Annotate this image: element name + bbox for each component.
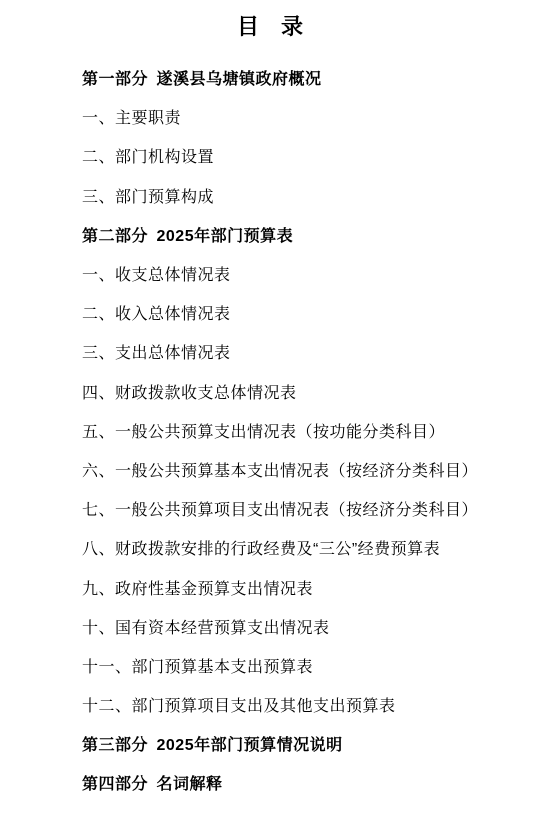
toc-entry: 九、政府性基金预算支出情况表 [82, 567, 512, 606]
toc-entry: 七、一般公共预算项目支出情况表（按经济分类科目） [82, 489, 512, 528]
toc-entry: 二、收入总体情况表 [82, 293, 512, 332]
toc-entry: 一、主要职责 [82, 97, 512, 136]
toc-entry: 五、一般公共预算支出情况表（按功能分类科目） [82, 411, 512, 450]
toc-entry: 四、财政拨款收支总体情况表 [82, 372, 512, 411]
toc-entry: 十、国有资本经营预算支出情况表 [82, 607, 512, 646]
toc-entry: 一、收支总体情况表 [82, 254, 512, 293]
page-title: 目 录 [0, 0, 540, 40]
toc-section-header: 第二部分 2025年部门预算表 [82, 215, 512, 254]
document-page: 目 录 第一部分 遂溪县乌塘镇政府概况一、主要职责二、部门机构设置三、部门预算构… [0, 0, 540, 816]
toc-entry: 十一、部门预算基本支出预算表 [82, 646, 512, 685]
toc-entry: 三、部门预算构成 [82, 176, 512, 215]
toc-entry: 二、部门机构设置 [82, 136, 512, 175]
toc-entry: 十二、部门预算项目支出及其他支出预算表 [82, 685, 512, 724]
toc-list: 第一部分 遂溪县乌塘镇政府概况一、主要职责二、部门机构设置三、部门预算构成第二部… [0, 58, 540, 803]
toc-entry: 三、支出总体情况表 [82, 332, 512, 371]
toc-entry: 六、一般公共预算基本支出情况表（按经济分类科目） [82, 450, 512, 489]
toc-section-header: 第三部分 2025年部门预算情况说明 [82, 724, 512, 763]
toc-section-header: 第四部分 名词解释 [82, 763, 512, 802]
toc-section-header: 第一部分 遂溪县乌塘镇政府概况 [82, 58, 512, 97]
toc-entry: 八、财政拨款安排的行政经费及“三公”经费预算表 [82, 528, 512, 567]
